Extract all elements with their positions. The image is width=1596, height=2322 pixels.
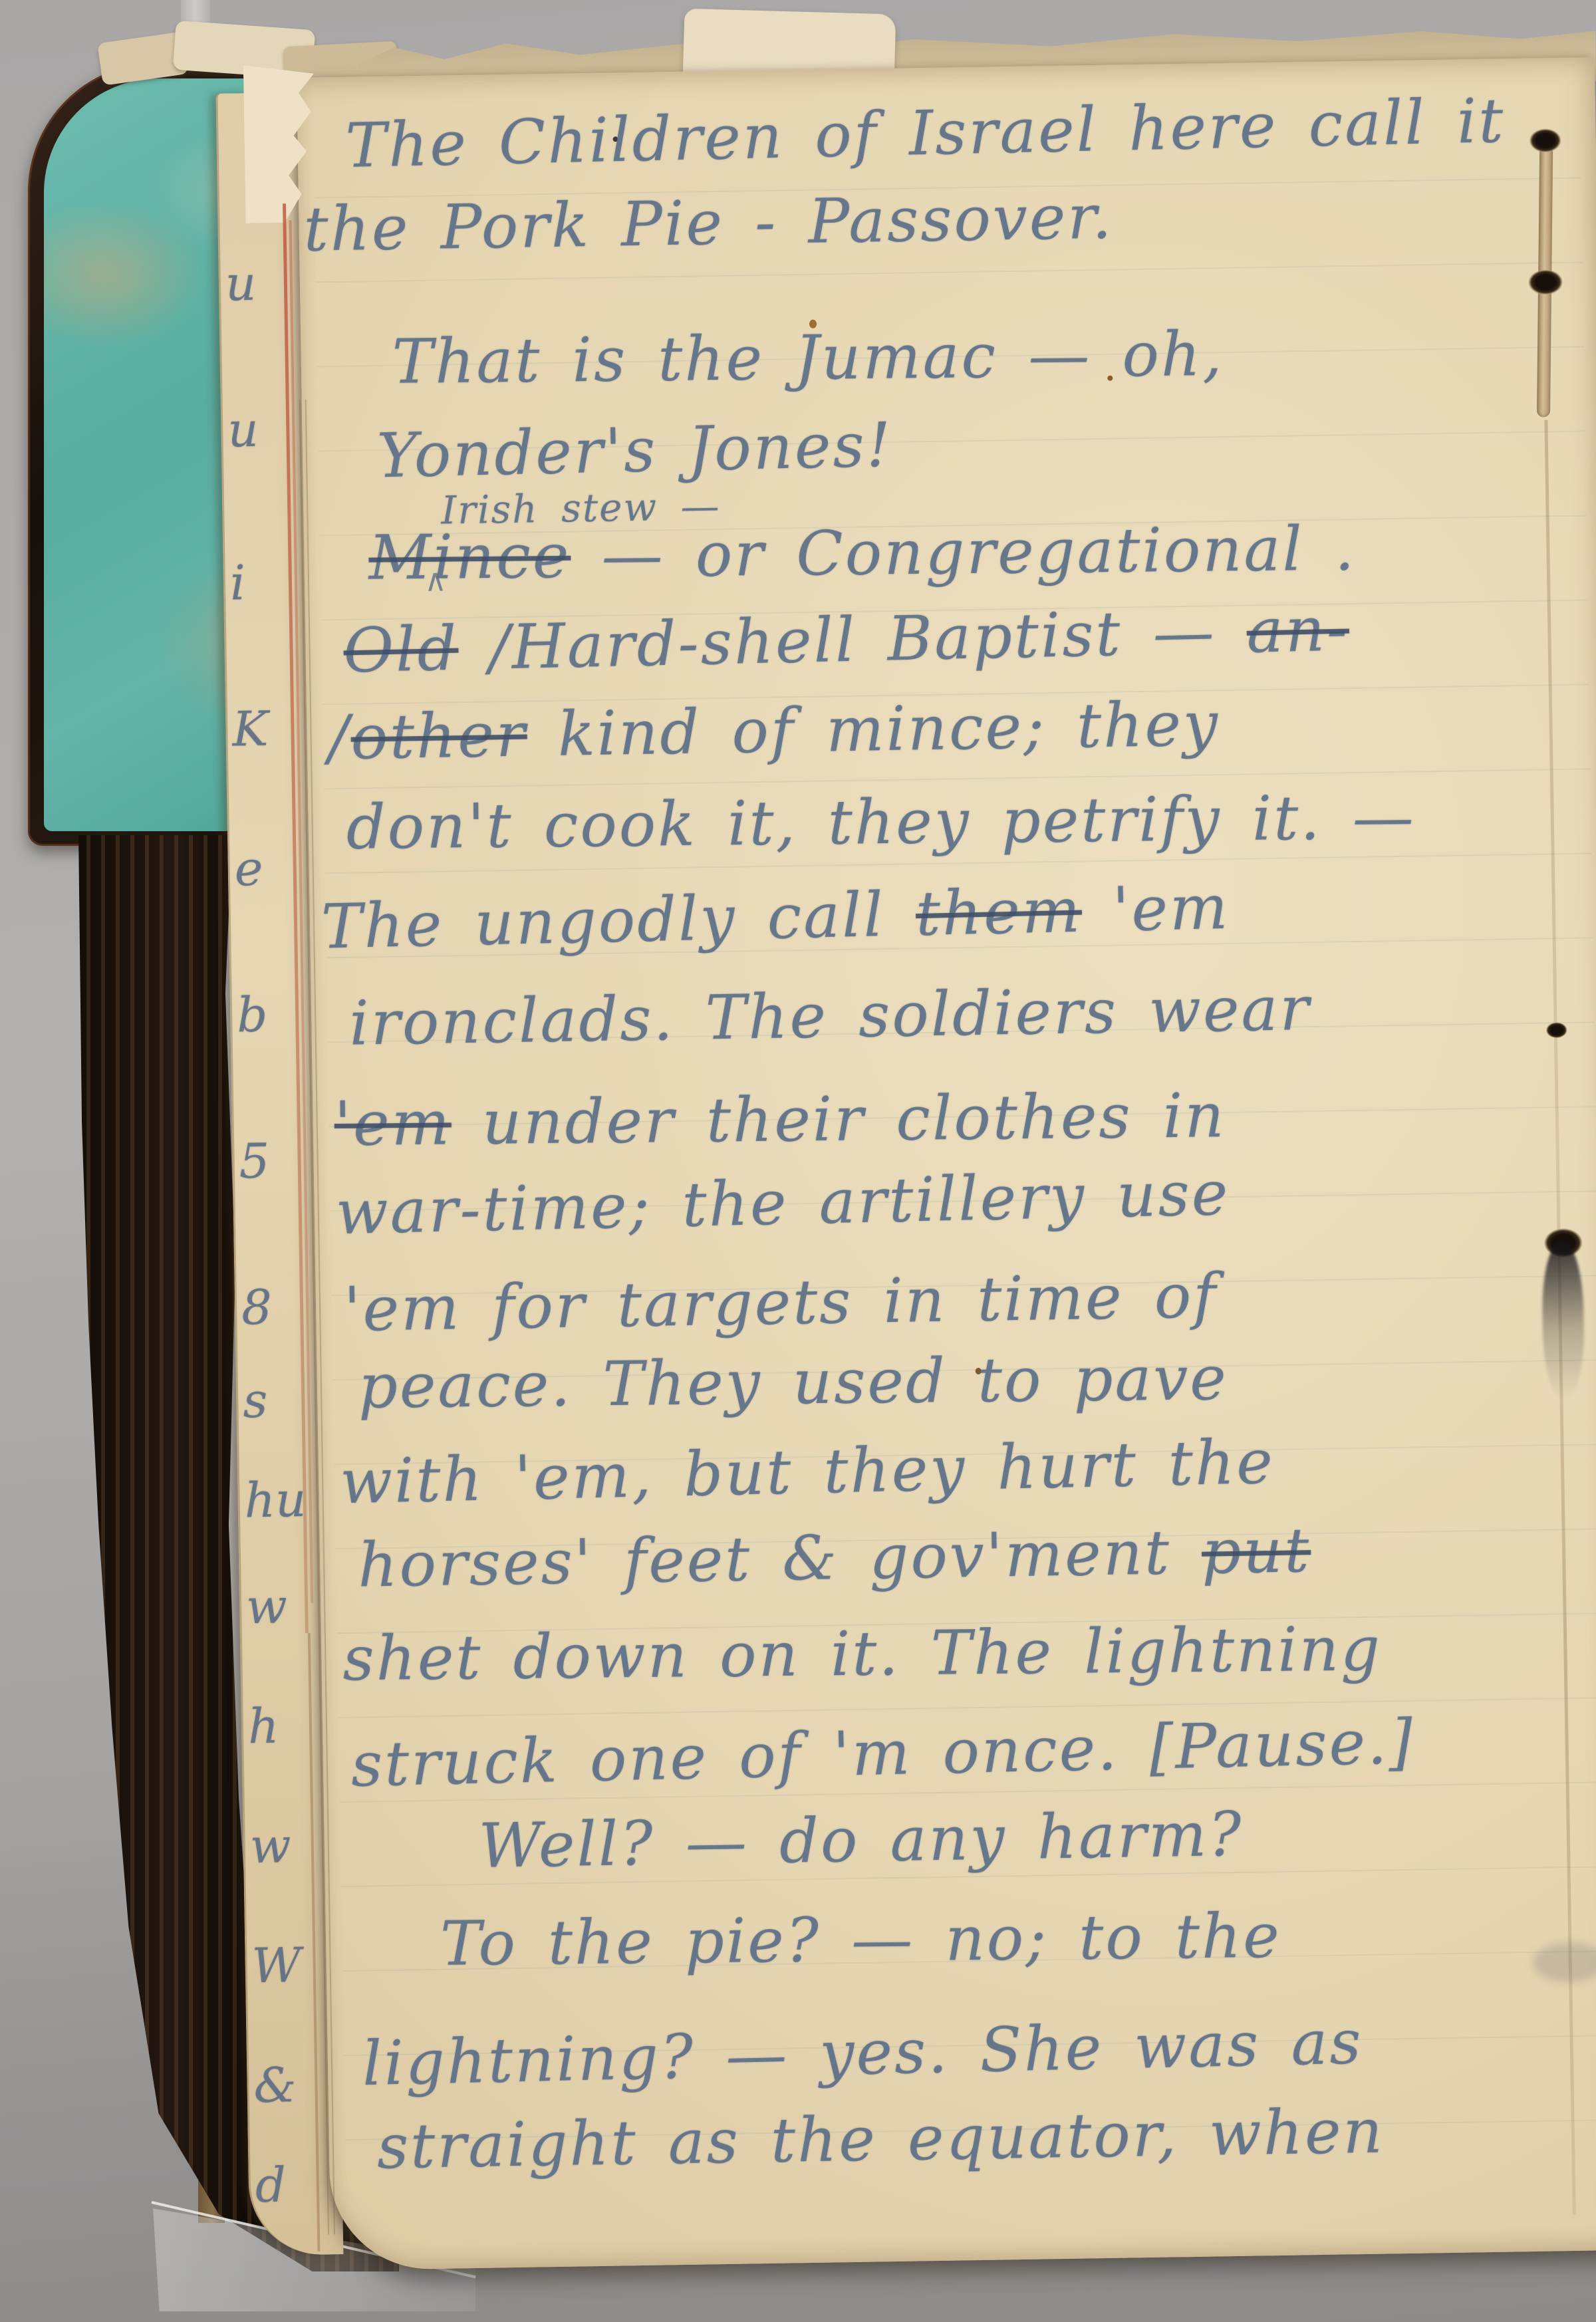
manuscript-line: horses' feet & gov'ment put <box>357 1501 1311 1615</box>
text-segment: horses' feet & gov'ment <box>357 1517 1202 1601</box>
text-segment: ironclads. The soldiers wear <box>349 973 1311 1059</box>
manuscript-line: straight as the equator, when <box>376 2082 1385 2198</box>
struck-text: an- <box>1246 593 1350 666</box>
manuscript-line: The ungodly call them 'em <box>321 858 1231 977</box>
text-segment: shet down on it. The lightning <box>342 1613 1382 1694</box>
manuscript-line: Well? — do any harm? <box>478 1785 1244 1896</box>
manuscript-line: don't cook it, they petrify it. — <box>346 767 1416 877</box>
manuscript-line: To the pie? — no; to the <box>440 1886 1281 1994</box>
text-segment: Yonder's Jones! <box>376 409 894 491</box>
text-segment: That is the Jumac — oh, <box>392 319 1224 398</box>
manuscript-line: shet down on it. The lightning <box>342 1599 1383 1709</box>
text-segment: peace. They used to pave <box>358 1343 1228 1422</box>
manuscript-text: The Children of Israel here call itthe P… <box>0 0 1596 2322</box>
manuscript-line: war-time; the artillery use <box>334 1144 1230 1263</box>
struck-text: Old <box>342 613 459 687</box>
text-segment: To the pie? — no; to the <box>440 1900 1281 1980</box>
struck-text: other <box>350 700 528 773</box>
text-segment: / <box>328 702 352 774</box>
struck-text: 'em <box>334 1087 452 1160</box>
text-segment: Well? — do any harm? <box>478 1799 1244 1882</box>
struck-text: Mince <box>368 521 571 594</box>
manuscript-line: ironclads. The soldiers wear <box>348 959 1311 1074</box>
page-group: uuiKeb58shuwhwW&d ∧ The Children of Isra… <box>0 0 1596 2322</box>
text-segment: /Hard-shell Baptist — <box>458 596 1248 684</box>
text-segment: struck one of 'm once. [Pause.] <box>350 1706 1415 1801</box>
text-segment: 'em <box>1081 872 1231 946</box>
text-segment: The ungodly call <box>321 878 916 962</box>
text-segment: kind of mince; they <box>527 688 1220 770</box>
manuscript-line: That is the Jumac — oh, <box>392 305 1224 412</box>
text-segment: the Pork Pie - Passover. <box>303 182 1114 265</box>
text-segment: straight as the equator, when <box>376 2096 1385 2183</box>
struck-text: put <box>1201 1515 1311 1588</box>
text-segment: don't cook it, they petrify it. — <box>346 781 1416 862</box>
text-segment: The Children of Israel here call it <box>345 85 1506 182</box>
text-segment: — or Congregational . <box>571 513 1357 591</box>
struck-text: them <box>915 875 1083 950</box>
manuscript-line: the Pork Pie - Passover. <box>303 168 1114 280</box>
text-segment: war-time; the artillery use <box>335 1158 1231 1248</box>
notebook-photo: uuiKeb58shuwhwW&d ∧ The Children of Isra… <box>0 0 1596 2322</box>
